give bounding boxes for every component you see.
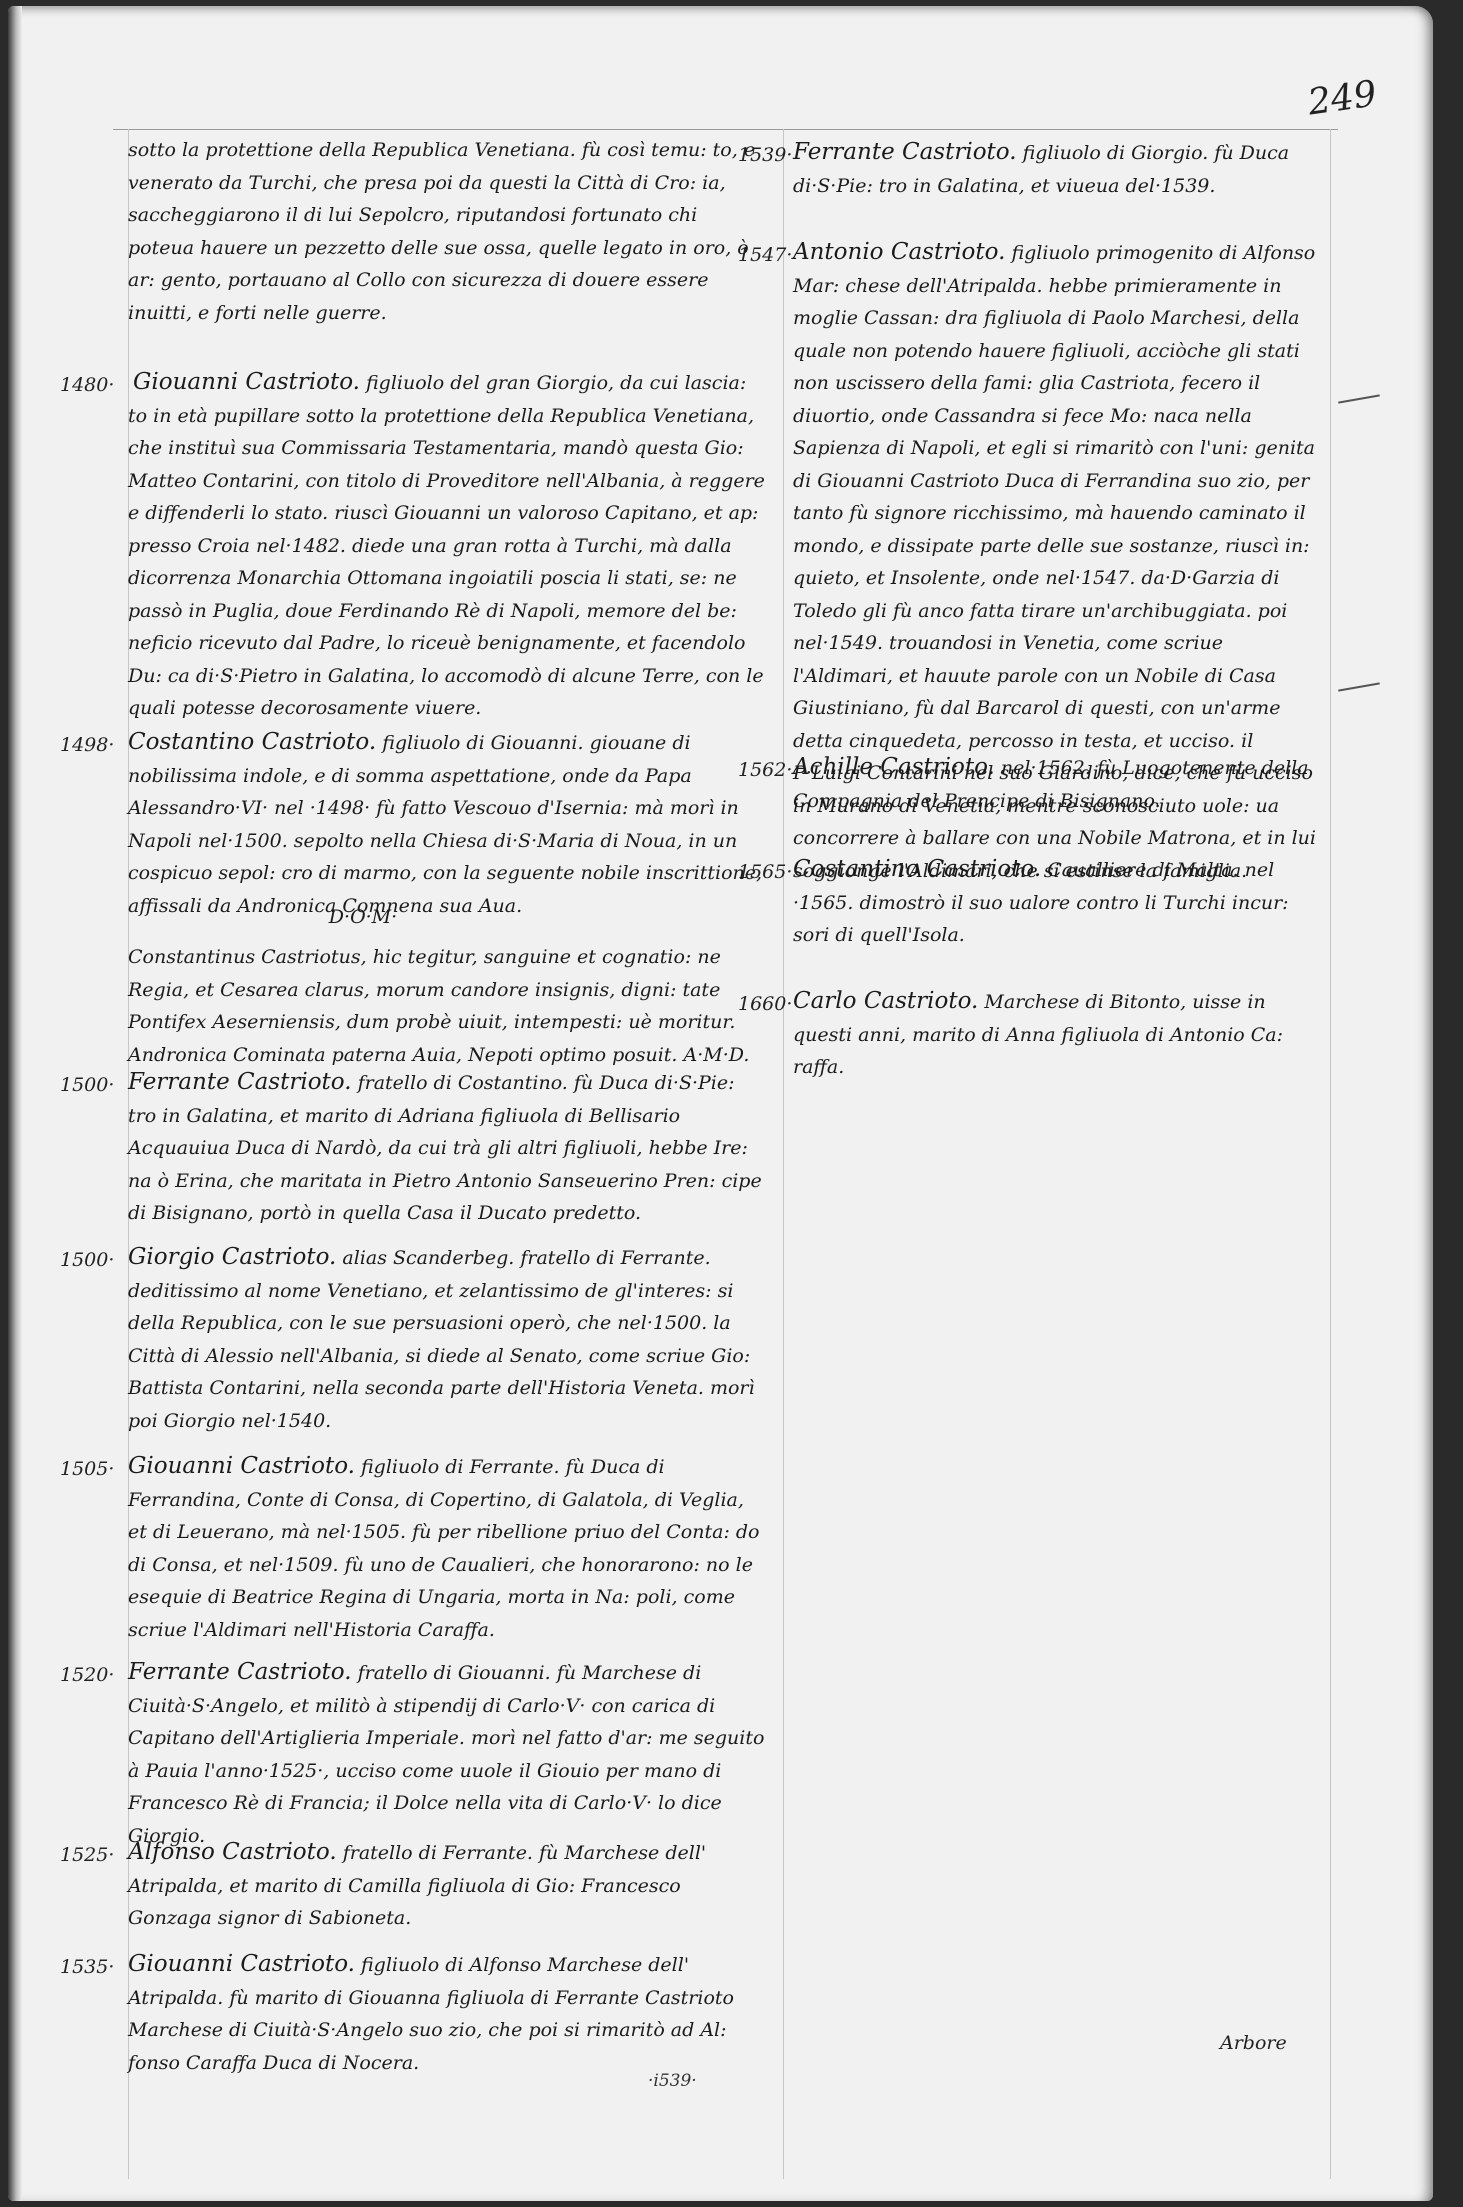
entry-name: Achille Castrioto. — [793, 754, 995, 780]
manuscript-page: 249 sotto la protettione della Republica… — [8, 6, 1433, 2201]
footer-note: Arbore — [1220, 2032, 1287, 2054]
entry-name: Giorgio Castrioto. — [128, 1244, 336, 1270]
entry-year: 1525· — [60, 1844, 114, 1866]
entry-text: fratello di Giouanni. fù Marchese di Ciu… — [128, 1662, 764, 1847]
entry-name: Ferrante Castrioto. — [793, 139, 1017, 165]
margin-mark — [1338, 394, 1380, 403]
entry-name: Ferrante Castrioto. — [128, 1069, 352, 1095]
entry-year: 1562· — [738, 759, 792, 781]
inscription-heading: D·O·M· — [128, 901, 598, 934]
entry-name: Carlo Castrioto. — [793, 988, 978, 1014]
entry-year: 1480· — [60, 374, 114, 396]
entry-year: 1660· — [738, 993, 792, 1015]
binding-edge — [8, 6, 22, 2201]
entry-year: 1535· — [60, 1956, 114, 1978]
entry-year: 1565· — [738, 861, 792, 883]
entry-name: Giouanni Castrioto. — [128, 1951, 355, 1977]
entry-text: figliuolo del gran Giorgio, da cui lasci… — [128, 372, 765, 719]
entry-year: 1520· — [60, 1664, 114, 1686]
entry-year: 1547· — [738, 244, 792, 266]
top-ruled-line — [113, 129, 1338, 130]
entry-name: Giouanni Castrioto. — [133, 369, 360, 395]
catchword: ·i539· — [648, 2071, 697, 2091]
entry-text: figliuolo di Giouanni. giouane di nobili… — [128, 732, 762, 917]
entry-year: 1498· — [60, 734, 114, 756]
entry-name: Costantino Castrioto. — [128, 729, 376, 755]
margin-mark — [1338, 682, 1380, 691]
entry-name: Antonio Castrioto. — [793, 239, 1005, 265]
right-edge-rule — [1330, 129, 1331, 2179]
inscription-text: Constantinus Castriotus, hic tegitur, sa… — [128, 941, 768, 1071]
entry-year: 1505· — [60, 1458, 114, 1480]
entry-text: figliuolo di Ferrante. fù Duca di Ferran… — [128, 1456, 760, 1641]
entry-name: Costantino Castrioto. — [793, 856, 1041, 882]
right-column-margin-rule — [783, 129, 784, 2179]
entry-year: 1539· — [738, 144, 792, 166]
entry-year: 1500· — [60, 1074, 114, 1096]
entry-name: Alfonso Castrioto. — [128, 1839, 337, 1865]
continuation-text: sotto la protettione della Republica Ven… — [128, 134, 768, 329]
page-number: 249 — [1305, 73, 1379, 123]
entry-text: alias Scanderbeg. fratello di Ferrante. … — [128, 1247, 755, 1432]
entry-name: Giouanni Castrioto. — [128, 1453, 355, 1479]
entry-year: 1500· — [60, 1249, 114, 1271]
entry-name: Ferrante Castrioto. — [128, 1659, 352, 1685]
